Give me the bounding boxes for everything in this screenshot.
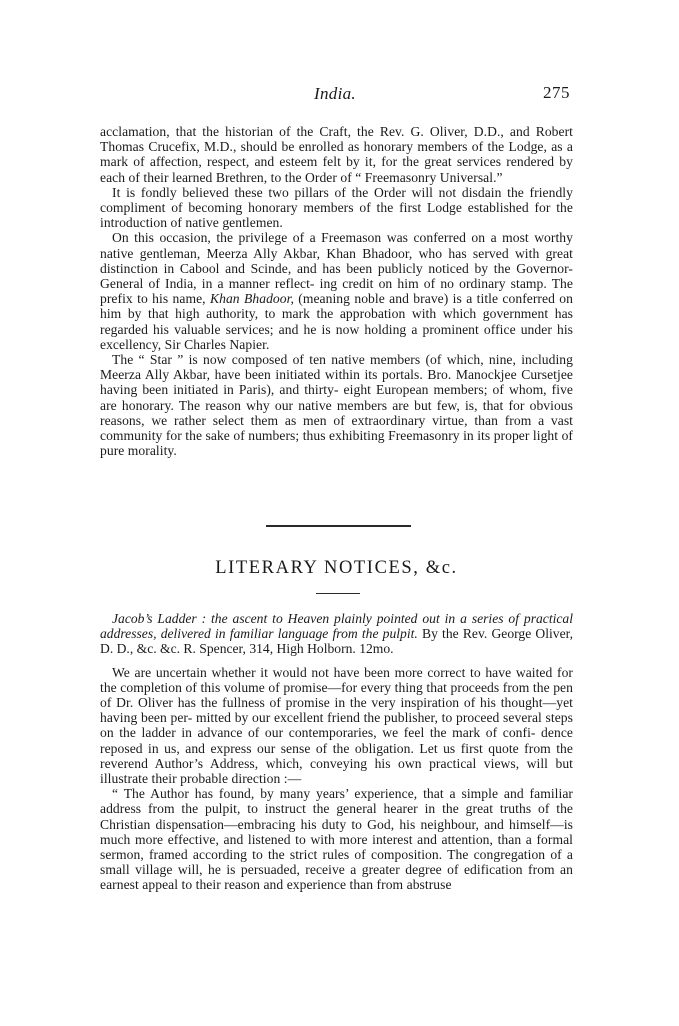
running-title: India. [100, 84, 570, 104]
article-paragraph-4: The “ Star ” is now composed of ten nati… [100, 352, 573, 458]
literary-review: Jacob’s Ladder : the ascent to Heaven pl… [100, 611, 573, 893]
section-heading: LITERARY NOTICES, &c. [100, 558, 573, 579]
heading-short-rule [316, 593, 360, 594]
article-paragraph-2: It is fondly believed these two pillars … [100, 185, 573, 231]
article-paragraph-3: On this occasion, the privilege of a Fre… [100, 230, 573, 352]
india-article: acclamation, that the historian of the C… [100, 124, 573, 458]
review-quote-paragraph: “ The Author has found, by many years’ e… [100, 786, 573, 892]
khan-bhadoor-term: Khan Bhadoor, [210, 291, 294, 306]
scanned-page: India. 275 acclamation, that the histori… [0, 0, 679, 1026]
section-divider-rule [266, 525, 411, 527]
page-number: 275 [543, 83, 570, 103]
book-citation: Jacob’s Ladder : the ascent to Heaven pl… [100, 611, 573, 657]
article-paragraph-1: acclamation, that the historian of the C… [100, 124, 573, 185]
running-head: India. 275 [100, 82, 570, 104]
review-paragraph-1: We are uncertain whether it would not ha… [100, 665, 573, 787]
